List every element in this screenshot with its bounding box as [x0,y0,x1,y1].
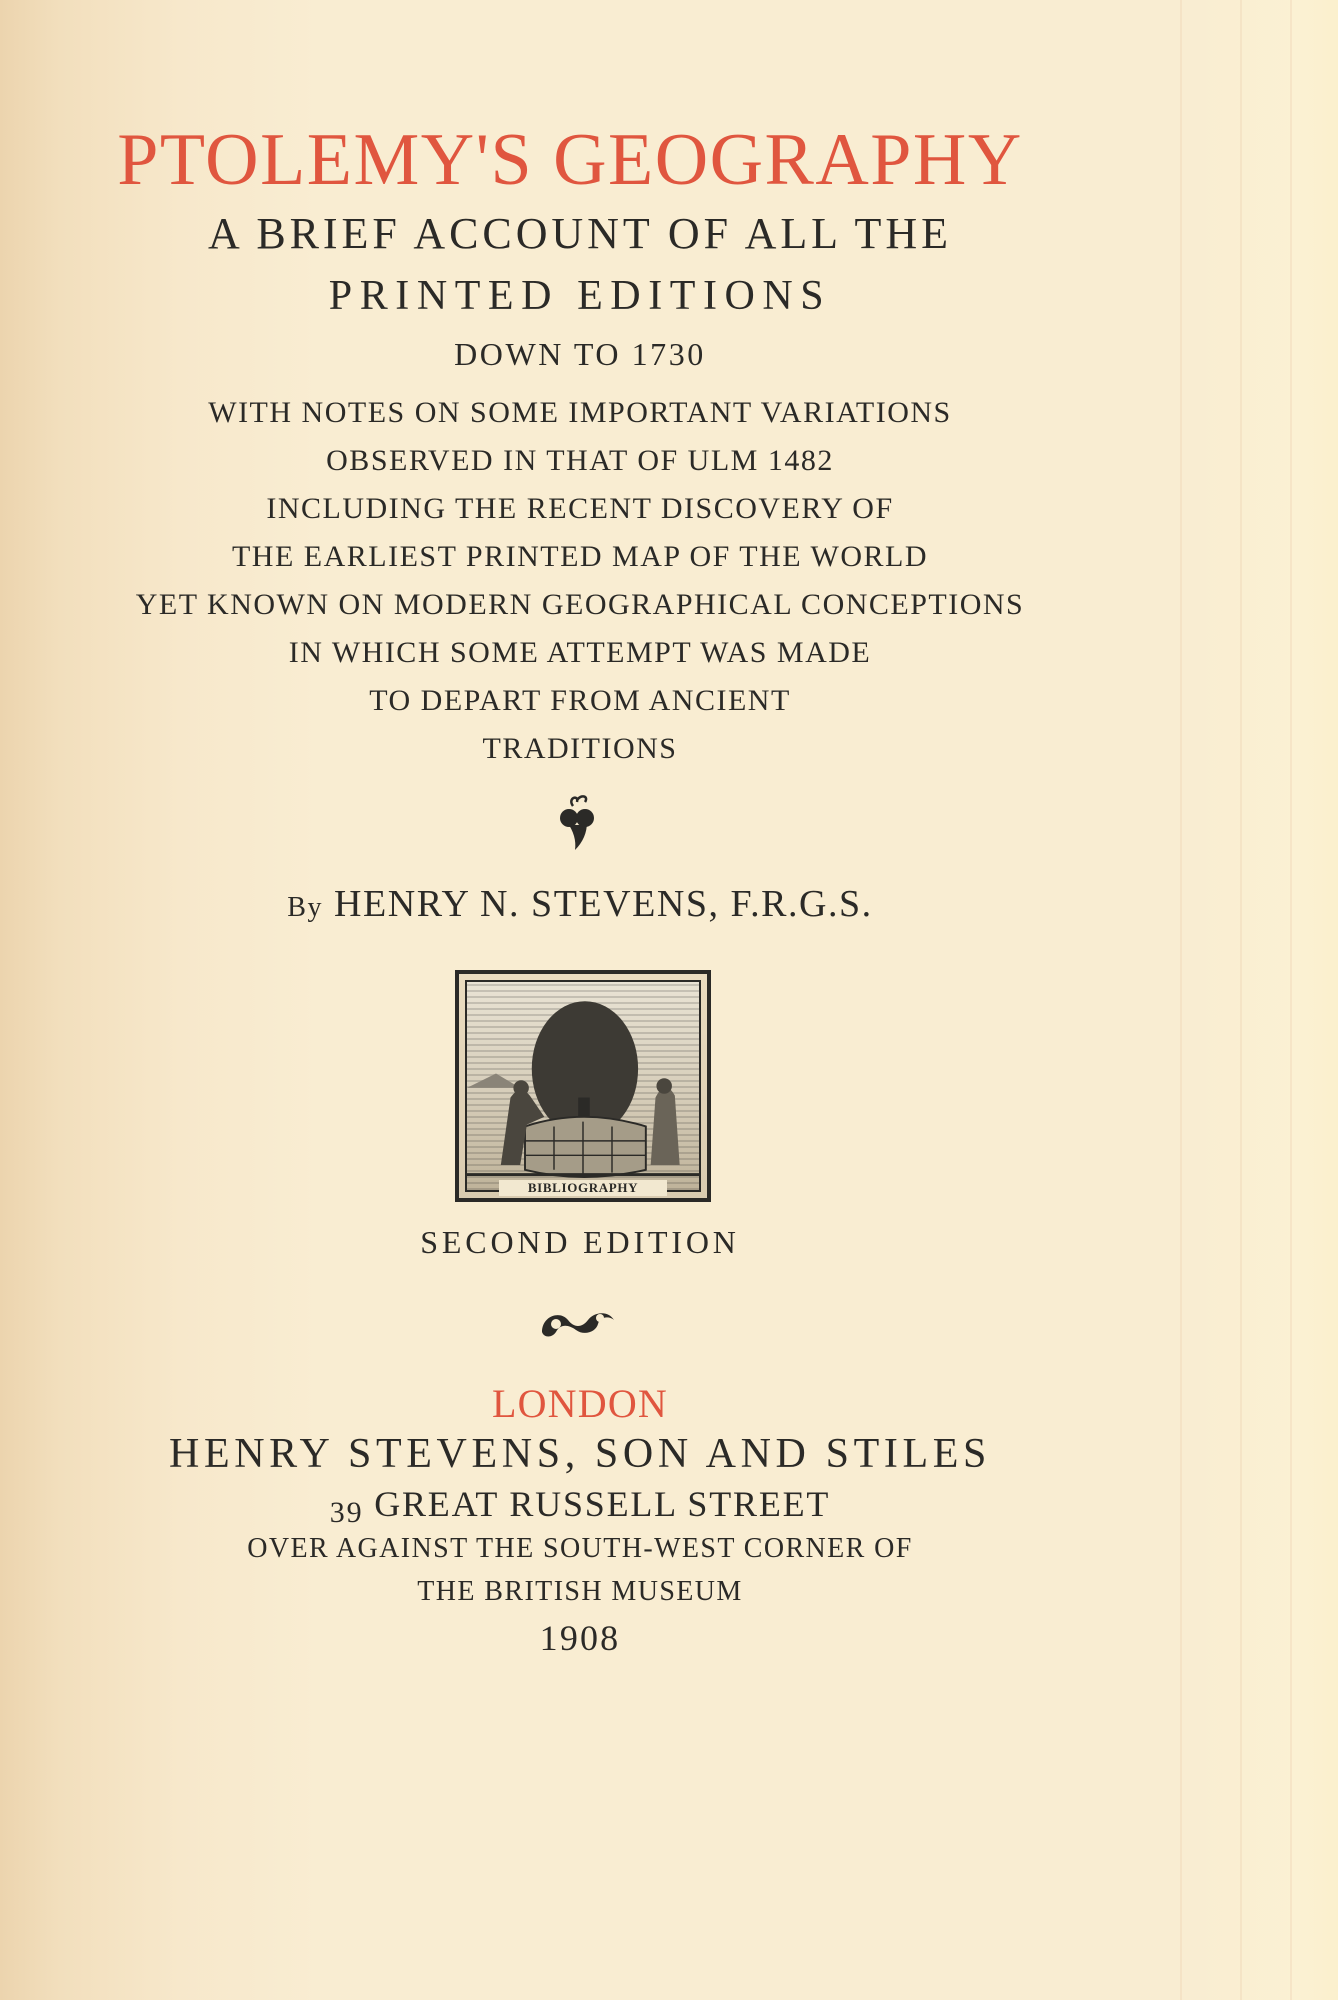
edition-label: SECOND EDITION [0,1224,1160,1261]
page-edge-streak [1180,0,1182,2000]
description-line: TRADITIONS [0,732,1160,766]
woodcut-illustration [465,980,701,1192]
description-line: OBSERVED IN THAT OF ULM 1482 [0,444,1160,478]
description-line: IN WHICH SOME ATTEMPT WAS MADE [0,636,1160,670]
imprint-publisher: HENRY STEVENS, SON AND STILES [0,1430,1160,1478]
description-line: WITH NOTES ON SOME IMPORTANT VARIATIONS [0,396,1160,430]
imprint-address: 39 GREAT RUSSELL STREET [0,1483,1160,1525]
page-edge-streak [1240,0,1242,2000]
printers-mark-caption: BIBLIOGRAPHY [499,1180,667,1196]
description-line: YET KNOWN ON MODERN GEOGRAPHICAL CONCEPT… [0,588,1160,622]
printers-mark-woodcut: BIBLIOGRAPHY [455,970,711,1202]
author-byline: By HENRY N. STEVENS, F.R.G.S. [0,882,1160,926]
scroll-flourish-ornament-icon [538,1302,618,1342]
page-edge-streak [1290,0,1292,2000]
byline-prefix: By [287,892,323,923]
description-line: THE EARLIEST PRINTED MAP OF THE WORLD [0,540,1160,574]
well-and-tree-illustration-icon [467,982,699,1190]
imprint-year: 1908 [0,1617,1160,1659]
street-number: 39 [330,1496,364,1529]
description-line: INCLUDING THE RECENT DISCOVERY OF [0,492,1160,526]
imprint-city: LONDON [0,1380,1160,1427]
book-title: PTOLEMY'S GEOGRAPHY [0,118,1140,203]
grape-leaf-ornament-icon [553,792,603,852]
title-page: PTOLEMY'S GEOGRAPHY A BRIEF ACCOUNT OF A… [0,0,1338,2000]
description-line: TO DEPART FROM ANCIENT [0,684,1160,718]
subtitle-line-1: A BRIEF ACCOUNT OF ALL THE [0,208,1160,259]
subtitle-line-2: PRINTED EDITIONS [0,272,1160,320]
imprint-location-line-1: OVER AGAINST THE SOUTH-WEST CORNER OF [0,1533,1160,1565]
imprint-location-line-2: THE BRITISH MUSEUM [0,1576,1160,1608]
author-name: HENRY N. STEVENS, F.R.G.S. [334,883,873,925]
street-name: GREAT RUSSELL STREET [374,1484,830,1524]
subtitle-line-3: DOWN TO 1730 [0,336,1160,373]
